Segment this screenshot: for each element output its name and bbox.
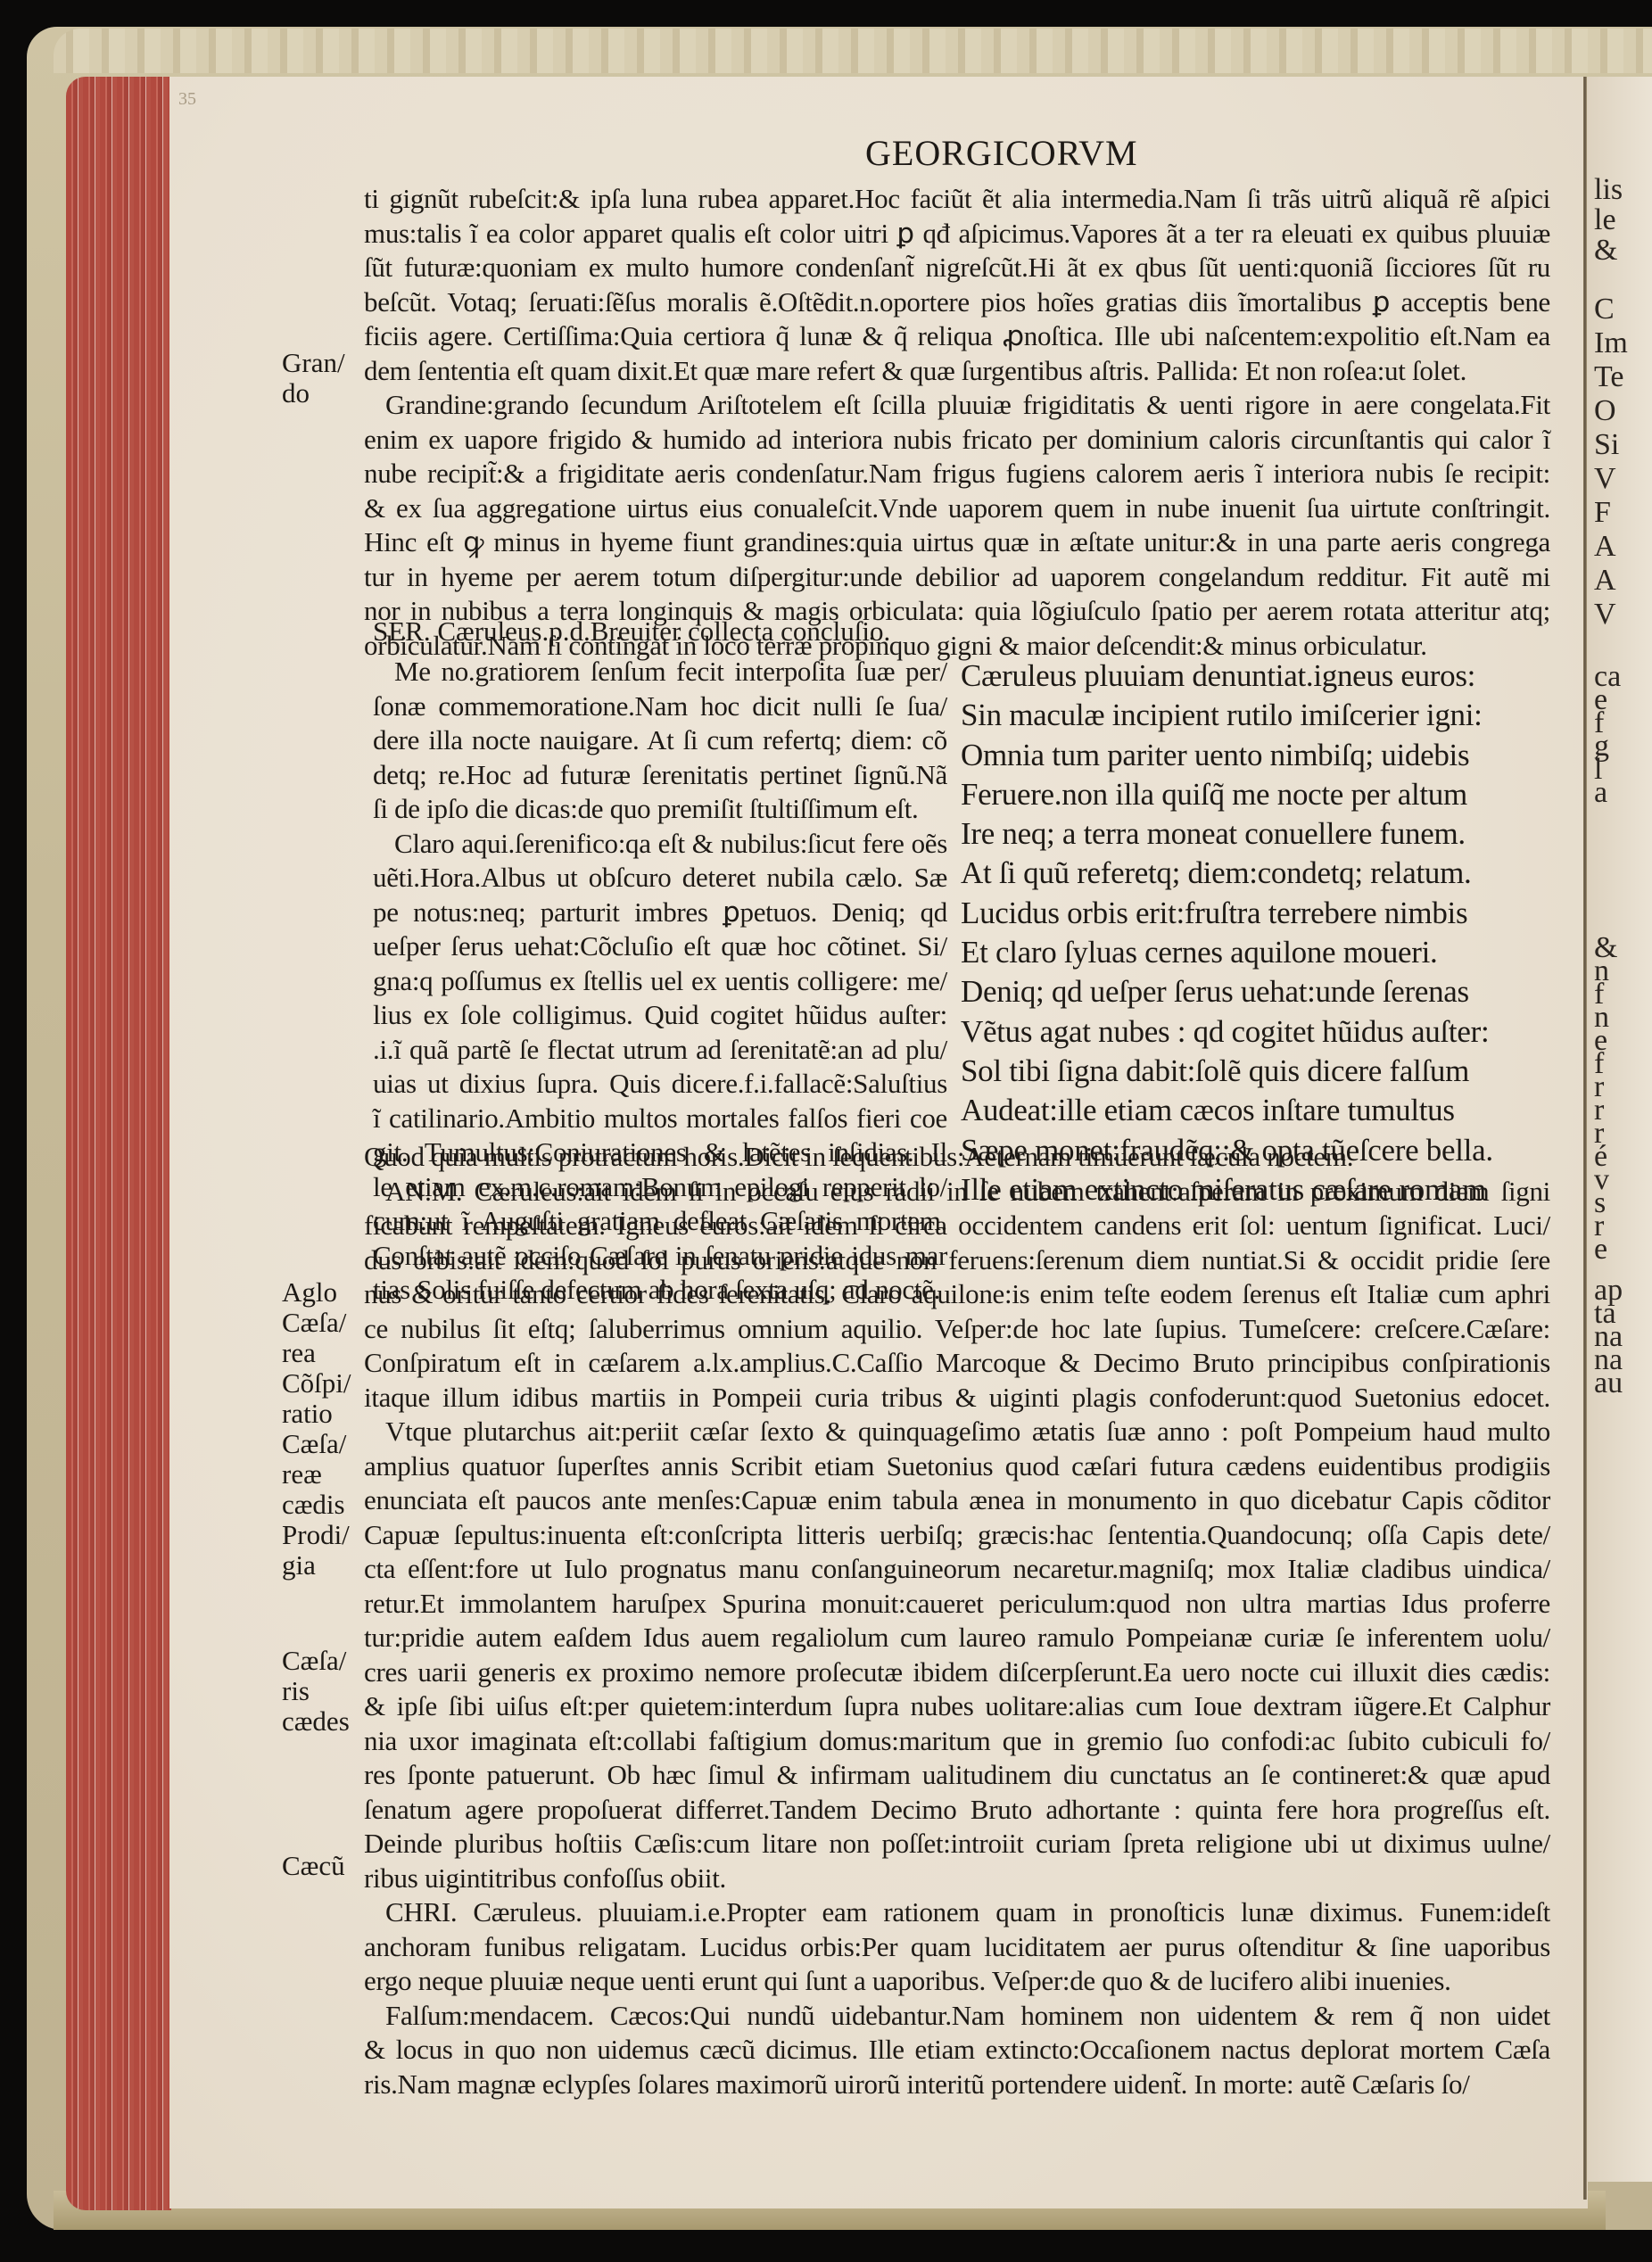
margin-note-line: Cæcũ xyxy=(282,1851,345,1881)
next-page-fragment: A xyxy=(1594,565,1616,596)
next-page-fragment: a xyxy=(1594,778,1607,808)
next-page-fragment: au xyxy=(1594,1368,1623,1399)
text-line: dem ſententia eſt quam dixit.Et quæ mare… xyxy=(364,354,1550,389)
text-line: Deinde pluribus hoſtiis Cæſis:cum litare… xyxy=(364,1827,1550,1862)
text-line: Capuæ ſepultus:inuenta eſt:conſcripta li… xyxy=(364,1518,1550,1553)
text-line: Feruere.non illa quiſq̃ me nocte per alt… xyxy=(961,775,1567,814)
text-line: gna:q poſſumus ex ſtellis uel ex uentis … xyxy=(373,964,947,999)
next-page-fragment: Te xyxy=(1594,362,1624,392)
text-line: ſũt futuræ:quoniam ex multo humore conde… xyxy=(364,251,1550,285)
text-line: At ſi quũ referetq; diem:condetq; relatu… xyxy=(961,854,1567,893)
margin-note-line: cædes xyxy=(282,1706,350,1737)
text-line: tur:pridie autem eaſdem Idus auem regali… xyxy=(364,1621,1550,1655)
red-fore-edge xyxy=(66,77,171,2210)
margin-note-line: do xyxy=(282,378,345,409)
binding-top-edge xyxy=(54,29,1652,73)
text-line: ficiis agere. Certiſſima:Quia certiora q… xyxy=(364,319,1550,354)
text-line: Claro aqui.ſerenifico:qa eſt & nubilus:ſ… xyxy=(373,827,947,862)
next-page-fragment: le xyxy=(1594,205,1616,235)
running-header: GEORGICORVM xyxy=(865,132,1138,174)
text-line: Me no.gratiorem ſenſum fecit interpoſita… xyxy=(373,655,947,689)
next-page-fragment: F xyxy=(1594,498,1611,528)
text-line: ĩ catilinario.Ambitio multos mortales fa… xyxy=(373,1102,947,1136)
text-line: ergo neque pluuiæ neque uenti erunt qui … xyxy=(364,1964,1550,1999)
next-page-fragment: C xyxy=(1594,294,1615,325)
margin-note: Gran/do xyxy=(282,348,345,409)
ser-heading: SER. Cæruleus.p.d.Breuiter collecta conc… xyxy=(373,615,890,648)
text-line: nia uxor imaginata eſt:collabi faſtigium… xyxy=(364,1724,1550,1759)
text-line: enunciata eſt paucos ante menſes:Capuæ e… xyxy=(364,1483,1550,1518)
commentary-top-block: ti gignũt rubeſcit:& ipſa luna rubea app… xyxy=(364,182,1550,663)
margin-note-line: gia xyxy=(282,1550,351,1581)
next-page-fragment: lis xyxy=(1594,175,1623,205)
text-line: ribus uigintitribus confoſſus obiit. xyxy=(364,1862,1550,1896)
text-line: Omnia tum pariter uento nimbiſq; uidebis xyxy=(961,736,1567,775)
right-page-sliver: lisle&CImTeOSiVFAAVcaefgla&nfnefrrrévsre… xyxy=(1587,77,1652,2182)
text-line: cta eſſent:fore ut Iulo prognatus manu c… xyxy=(364,1552,1550,1587)
text-line: mus:talis ĩ ea color apparet qualis eſt … xyxy=(364,217,1550,252)
text-line: ce nubilus ſit eſtq; ſaluberrimus omnium… xyxy=(364,1312,1550,1347)
margin-note-line: Gran/ xyxy=(282,348,345,378)
margin-note-line: Cæſa/ xyxy=(282,1429,351,1459)
text-line: Quod quia multis protractum horis.Dicit … xyxy=(364,1140,1550,1175)
next-page-fragment: Im xyxy=(1594,328,1628,359)
text-line: ſenatum agere propoſuerat differret.Tand… xyxy=(364,1793,1550,1828)
text-line: .i.ĩ quã partẽ ſe flectat utrum ad ſeren… xyxy=(373,1033,947,1068)
text-line: dere illa nocte nauigare. At ſi cum refe… xyxy=(373,723,947,758)
text-line: ficabunt rempeſtatem. Igneus euros:ait i… xyxy=(364,1209,1550,1243)
margin-note-line: ratio xyxy=(282,1399,351,1429)
next-page-fragment: e xyxy=(1594,1234,1607,1265)
text-line: enim ex uapore frigido & humido ad inter… xyxy=(364,423,1550,458)
next-page-fragment: A xyxy=(1594,532,1616,562)
margin-note: Cæcũ xyxy=(282,1851,345,1881)
text-line: Cæruleus pluuiam denuntiat.igneus euros: xyxy=(961,656,1567,696)
text-line: CHRI. Cæruleus. pluuiam.i.e.Propter eam … xyxy=(364,1895,1550,1930)
text-line: Et claro ſyluas cernes aquilone moueri. xyxy=(961,933,1567,972)
text-line: Falſum:mendacem. Cæcos:Qui nundũ uideban… xyxy=(364,1999,1550,2034)
text-line: Deniq; qd ueſper ſerus uehat:unde ſerena… xyxy=(961,972,1567,1011)
margin-note-line: Aglo xyxy=(282,1277,351,1308)
margin-note: Cæſa/riscædes xyxy=(282,1646,350,1737)
text-line: Lucidus orbis erit:fruſtra terrebere nim… xyxy=(961,894,1567,933)
text-line: Conſpiratum eſt in cæſarem a.lx.amplius.… xyxy=(364,1346,1550,1381)
margin-note-line: Prodi/ xyxy=(282,1520,351,1550)
text-line: Sin maculæ incipient rutilo imiſcerier i… xyxy=(961,696,1567,735)
verse-column: Cæruleus pluuiam denuntiat.igneus euros:… xyxy=(961,656,1567,1209)
next-page-fragment: & xyxy=(1594,235,1617,266)
text-line: cres uarii generis ex proximo nemore pro… xyxy=(364,1655,1550,1690)
margin-note: AgloCæſa/reaCõſpi/ratioCæſa/reæcædisProd… xyxy=(282,1277,351,1581)
text-line: Hinc eſt ꝙ minus in hyeme fiunt grandine… xyxy=(364,525,1550,560)
text-line: & ipſe ſibi uiſus eſt:per quietem:interd… xyxy=(364,1689,1550,1724)
text-line: Audeat:ille etiam cæcos inſtare tumultus xyxy=(961,1091,1567,1130)
text-line: res ſponte patuerunt. Ob hæc ſimul & inf… xyxy=(364,1758,1550,1793)
text-line: uias ut dixius ſupra. Quis dicere.f.i.fa… xyxy=(373,1067,947,1102)
text-line: itaque illum idibus martiis in Pompeii c… xyxy=(364,1381,1550,1416)
text-line: ris.Nam magnæ eclypſes ſolares maximorũ … xyxy=(364,2068,1550,2102)
text-line: Grandine:grando ſecundum Ariſtotelem eſt… xyxy=(364,388,1550,423)
text-line: detq; re.Hoc ad futuræ ſerenitatis perti… xyxy=(373,758,947,793)
text-line: & ex ſua aggregatione uirtus eius conual… xyxy=(364,491,1550,526)
text-line: & locus in quo non uidemus cæcũ dicimus.… xyxy=(364,2033,1550,2068)
margin-note-line: Cõſpi/ xyxy=(282,1368,351,1399)
text-line: nube recipit̃:& a frigiditate aeris cond… xyxy=(364,457,1550,491)
next-page-fragment: V xyxy=(1594,464,1616,494)
text-line: beſcũt. Votaq; ſeruati:ſẽſus moralis ẽ.O… xyxy=(364,285,1550,320)
margin-note-line: Cæſa/ xyxy=(282,1308,351,1338)
text-line: ueſper ſerus uehat:Cõcluſio eſt quæ hoc … xyxy=(373,929,947,964)
text-line: ſi de ipſo die dicas:de quo premiſit ſtu… xyxy=(373,792,947,827)
next-page-fragment: V xyxy=(1594,599,1616,630)
margin-note-line: Cæſa/ xyxy=(282,1646,350,1676)
text-line: Vtque plutarchus ait:periit cæſar ſexto … xyxy=(364,1415,1550,1449)
commentary-bottom-block: Quod quia multis protractum horis.Dicit … xyxy=(364,1140,1550,2101)
text-line: dus orbis:ait idem:quod ſol purus oriens… xyxy=(364,1243,1550,1278)
margin-note-line: rea xyxy=(282,1338,351,1368)
text-line: Ire neq; a terra moneat conuellere funem… xyxy=(961,814,1567,854)
text-line: uẽti.Hora.Albus ut obſcuro deteret nubil… xyxy=(373,861,947,896)
text-line: lius ex ſole colligimus. Quid cogitet hũ… xyxy=(373,998,947,1033)
next-page-fragment: O xyxy=(1594,396,1616,426)
text-line: retur.Et immolantem haruſpex Spurina mon… xyxy=(364,1587,1550,1622)
text-line: amplius quatuor ſuperſtes annis Scribit … xyxy=(364,1449,1550,1484)
text-line: nus & oritur tanto certior fides ſerenit… xyxy=(364,1277,1550,1312)
margin-note-line: reæ xyxy=(282,1459,351,1490)
text-line: AN.M. Cæruleus:ait idem ſi in occaſu eiu… xyxy=(364,1175,1550,1209)
text-line: Sol tibi ſigna dabit:ſolẽ quis dicere fa… xyxy=(961,1052,1567,1091)
next-page-fragment: Si xyxy=(1594,430,1619,460)
text-line: pe notus:neq; parturit imbres ꝑpetuos. D… xyxy=(373,896,947,930)
text-line: tur in hyeme per aerem totum diſpergitur… xyxy=(364,560,1550,595)
ghost-page-number: 35 xyxy=(178,89,196,110)
margin-note-line: ris xyxy=(282,1676,350,1706)
margin-note-line: cædis xyxy=(282,1490,351,1520)
text-line: ſonæ commemoratione.Nam hoc dicit nulli … xyxy=(373,689,947,724)
text-line: ti gignũt rubeſcit:& ipſa luna rubea app… xyxy=(364,182,1550,217)
text-line: Vẽtus agat nubes : qd cogitet hũidus auſ… xyxy=(961,1012,1567,1052)
text-line: anchoram funibus religatam. Lucidus orbi… xyxy=(364,1930,1550,1965)
